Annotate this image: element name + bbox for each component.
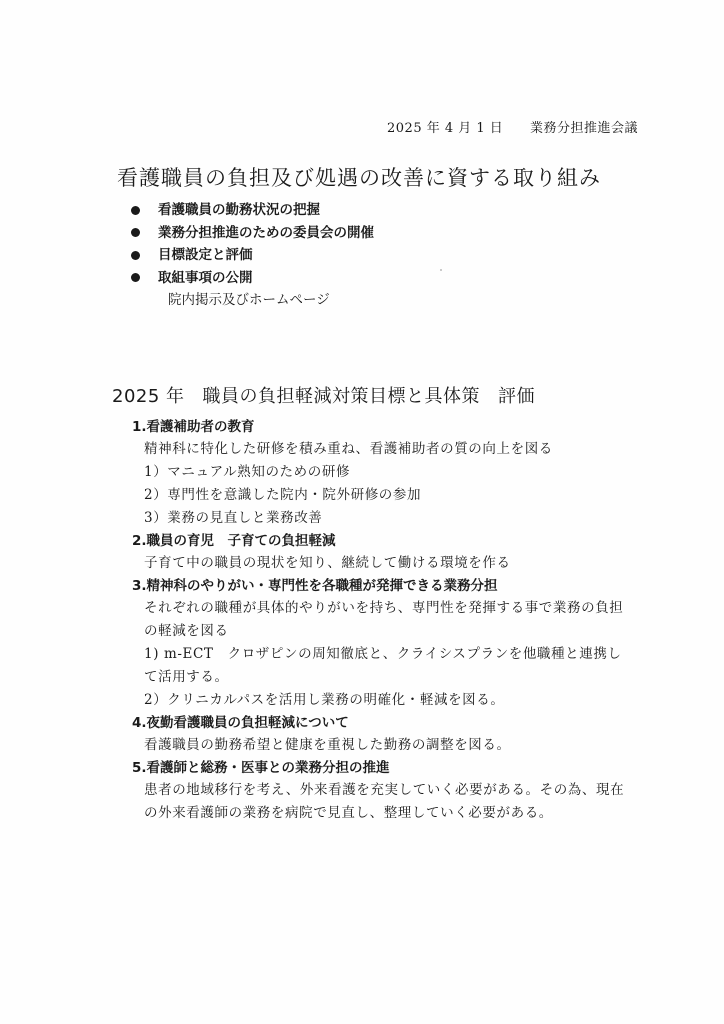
measure-item: 4.夜勤看護職員の負担軽減について 看護職員の勤務希望と健康を重視した勤務の調整… — [132, 712, 632, 757]
list-item-label: 業務分担推進のための委員会の開催 — [158, 222, 374, 245]
measure-text: それぞれの職種が具体的やりがいを持ち、専門性を発揮する事で業務の負担の軽減を図る — [132, 597, 632, 643]
measure-subitem: 2）クリニカルパスを活用し業務の明確化・軽減を図る。 — [132, 689, 632, 712]
measure-text: 患者の地域移行を考え、外来看護を充実していく必要がある。その為、現在の外来看護師… — [132, 779, 632, 825]
bullet-icon — [131, 228, 140, 237]
section-year: 2025 年 — [112, 386, 185, 407]
section-title: 2025 年職員の負担軽減対策目標と具体策評価 — [112, 382, 535, 408]
measure-text: 子育て中の職員の現状を知り、継続して働ける環境を作る — [132, 552, 632, 575]
measure-subitem: 2）専門性を意識した院内・院外研修の参加 — [132, 484, 632, 507]
measure-text: 精神科に特化した研修を積み重ね、看護補助者の質の向上を図る — [132, 438, 632, 461]
list-item-label: 目標設定と評価 — [158, 244, 253, 267]
measure-subitem: 1) m-ECT クロザピンの周知徹底と、クライシスプランを他職種と連携して活用… — [132, 643, 632, 689]
organization-name: 業務分担推進会議 — [530, 121, 638, 136]
list-item: 目標設定と評価 — [128, 244, 374, 267]
measure-item: 5.看護師と総務・医事との業務分担の推進 患者の地域移行を考え、外来看護を充実し… — [132, 757, 632, 825]
scan-speck — [440, 269, 442, 271]
list-item-label: 取組事項の公開 — [158, 267, 253, 290]
document-page: 2025 年 4 月 1 日 業務分担推進会議 看護職員の負担及び処遇の改善に資… — [0, 0, 724, 1024]
bullet-icon — [131, 206, 140, 215]
measure-text: 看護職員の勤務希望と健康を重視した勤務の調整を図る。 — [132, 734, 632, 757]
measure-heading: 3.精神科のやりがい・専門性を各職種が発揮できる業務分担 — [132, 575, 632, 597]
measure-item: 1.看護補助者の教育 精神科に特化した研修を積み重ね、看護補助者の質の向上を図る… — [132, 416, 632, 530]
initiatives-list: 看護職員の勤務状況の把握 業務分担推進のための委員会の開催 目標設定と評価 取組… — [128, 199, 374, 312]
measure-heading: 1.看護補助者の教育 — [132, 416, 632, 438]
measures-list: 1.看護補助者の教育 精神科に特化した研修を積み重ね、看護補助者の質の向上を図る… — [132, 416, 632, 825]
list-item-subtext: 院内掲示及びホームページ — [128, 289, 374, 312]
list-item-label: 看護職員の勤務状況の把握 — [158, 199, 320, 222]
measure-item: 2.職員の育児 子育ての負担軽減 子育て中の職員の現状を知り、継続して働ける環境… — [132, 530, 632, 575]
document-date: 2025 年 4 月 1 日 — [387, 121, 503, 136]
measure-heading: 2.職員の育児 子育ての負担軽減 — [132, 530, 632, 552]
section-suffix: 評価 — [498, 386, 535, 407]
list-item: 看護職員の勤務状況の把握 — [128, 199, 374, 222]
list-item: 取組事項の公開 — [128, 267, 374, 290]
measure-heading: 4.夜勤看護職員の負担軽減について — [132, 712, 632, 734]
document-header: 2025 年 4 月 1 日 業務分担推進会議 — [387, 117, 638, 136]
measure-item: 3.精神科のやりがい・専門性を各職種が発揮できる業務分担 それぞれの職種が具体的… — [132, 575, 632, 712]
measure-subitem: 3）業務の見直しと業務改善 — [132, 507, 632, 530]
bullet-icon — [131, 273, 140, 282]
list-item: 業務分担推進のための委員会の開催 — [128, 222, 374, 245]
measure-heading: 5.看護師と総務・医事との業務分担の推進 — [132, 757, 632, 779]
bullet-icon — [131, 251, 140, 260]
document-title: 看護職員の負担及び処遇の改善に資する取り組み — [117, 162, 601, 192]
section-heading: 職員の負担軽減対策目標と具体策 — [203, 386, 481, 407]
measure-subitem: 1）マニュアル熟知のための研修 — [132, 461, 632, 484]
